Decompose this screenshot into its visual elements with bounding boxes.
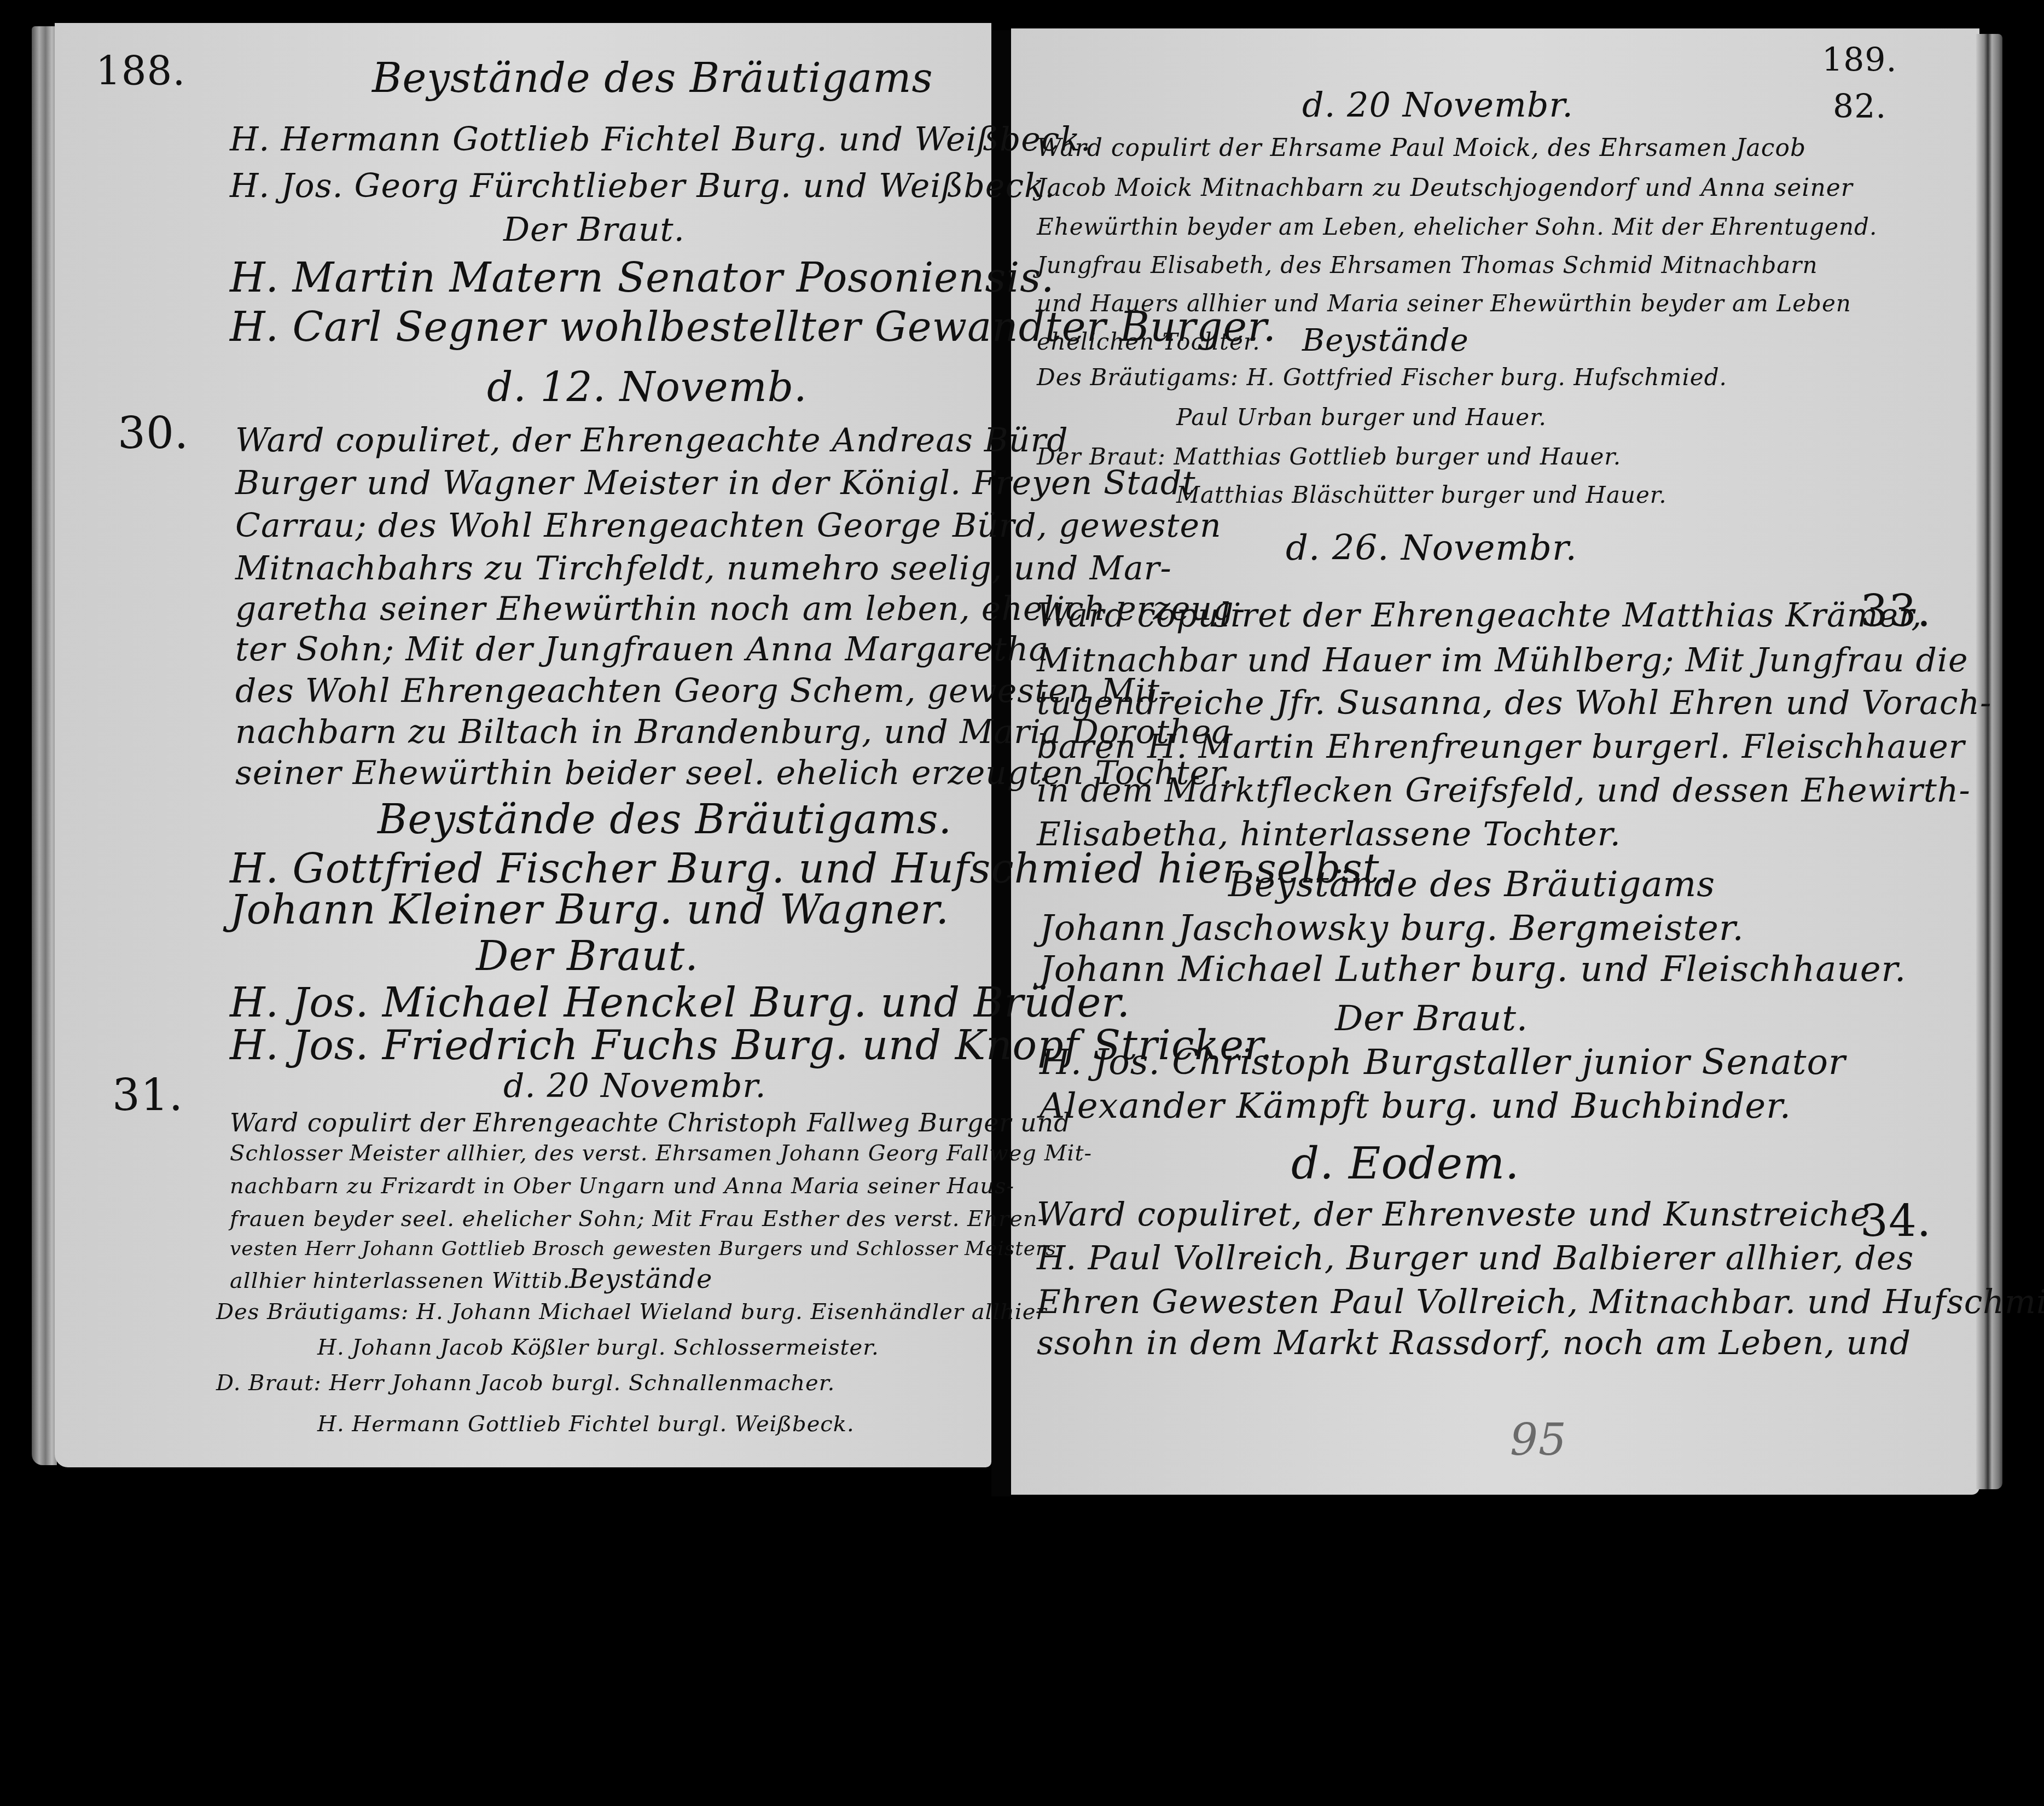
text-line: Mitnachbahrs zu Tirchfeldt, numehro seel… [235, 549, 1172, 588]
text-line: ter Sohn; Mit der Jungfrauen Anna Margar… [235, 630, 1049, 669]
text-line: H. Hermann Gottlieb Fichtel burgl. Weißb… [317, 1412, 855, 1437]
date-heading: d. 12. Novemb. [487, 364, 808, 411]
date-heading: d. 20 Novembr. [503, 1067, 766, 1105]
heading: Beystände [569, 1264, 712, 1294]
text-line: vesten Herr Johann Gottlieb Brosch gewes… [230, 1238, 1056, 1260]
text-line: allhier hinterlassenen Wittib. [230, 1268, 570, 1293]
text-line: Jacob Moick Mitnachbarn zu Deutschjogend… [1037, 174, 1853, 202]
text-line: H. Jos. Georg Fürchtlieber Burg. und Wei… [230, 167, 1055, 205]
heading: Der Braut. [503, 211, 685, 249]
heading: Beystände des Bräutigams [1228, 864, 1715, 905]
text-line: tugendreiche Jfr. Susanna, des Wohl Ehre… [1037, 684, 1991, 722]
heading: Der Braut. [1335, 998, 1528, 1039]
text-line: H. Jos. Christoph Burgstaller junior Sen… [1040, 1042, 1846, 1083]
page-number-right: 189. [1822, 41, 1897, 79]
text-line: Elisabetha, hinterlassene Tochter. [1037, 815, 1621, 853]
text-line: Mitnachbar und Hauer im Mühlberg; Mit Ju… [1037, 641, 1968, 680]
text-line: Matthias Bläschütter burger und Hauer. [1176, 481, 1667, 508]
heading: Beystände des Bräutigams. [378, 796, 952, 843]
pencil-page-mark: 95 [1510, 1414, 1567, 1465]
date-heading: d. 26. Novembr. [1286, 528, 1577, 568]
text-line: Johann Michael Luther burg. und Fleischh… [1040, 949, 1906, 990]
text-line: und Hauers allhier und Maria seiner Ehew… [1037, 290, 1851, 317]
right-page-edge-stack [1976, 34, 2002, 1489]
heading: Beystände [1302, 323, 1469, 358]
left-page-edge-stack [32, 26, 57, 1465]
page-number-left: 188. [96, 48, 185, 94]
text-line: H. Paul Vollreich, Burger und Balbierer … [1037, 1239, 1914, 1277]
text-line: Alexander Kämpft burg. und Buchbinder. [1040, 1086, 1791, 1126]
text-line: Johann Jaschowsky burg. Bergmeister. [1040, 908, 1744, 949]
text-line: ssohn in dem Markt Rassdorf, noch am Leb… [1037, 1324, 1911, 1362]
text-line: H. Jos. Michael Henckel Burg. und Brüder… [230, 979, 1130, 1026]
entry-number: 30. [118, 408, 189, 458]
folio-number: 82. [1833, 88, 1886, 126]
text-line: Paul Urban burger und Hauer. [1176, 404, 1547, 431]
text-line: des Wohl Ehrengeachten Georg Schem, gewe… [235, 672, 1171, 710]
text-line: Johann Kleiner Burg. und Wagner. [230, 886, 949, 933]
heading: Der Braut. [476, 933, 699, 980]
text-line: Ward copuliret der Ehrengeachte Matthias… [1037, 596, 1922, 635]
text-line: Ward copuliret, der Ehrengeachte Andreas… [235, 421, 1069, 460]
text-line: Der Braut: Matthias Gottlieb burger und … [1037, 443, 1621, 470]
text-line: Ward copulirt der Ehrsame Paul Moick, de… [1037, 134, 1806, 162]
text-line: ehelichen Tochter. [1037, 328, 1261, 355]
text-line: H. Martin Matern Senator Posoniensis. [230, 254, 1055, 301]
text-line: Carrau; des Wohl Ehrengeachten George Bü… [235, 507, 1222, 545]
date-heading: d. Eodem. [1291, 1138, 1519, 1189]
text-line: D. Braut: Herr Johann Jacob burgl. Schna… [216, 1371, 835, 1396]
text-line: in dem Marktflecken Greifsfeld, und dess… [1037, 771, 1971, 810]
text-line: Des Bräutigams: H. Gottfried Fischer bur… [1037, 364, 1727, 391]
text-line: Ward copulirt der Ehrengeachte Christoph… [230, 1108, 1071, 1137]
text-line: Jungfrau Elisabeth, des Ehrsamen Thomas … [1037, 252, 1817, 278]
text-line: H. Hermann Gottlieb Fichtel Burg. und We… [230, 120, 1091, 159]
text-line: frauen beyder seel. ehelicher Sohn; Mit … [230, 1206, 1046, 1232]
heading: Beystände des Bräutigams [372, 55, 933, 102]
text-line: Ehren Gewesten Paul Vollreich, Mitnachba… [1037, 1283, 2044, 1321]
text-line: Ward copuliret, der Ehrenveste und Kunst… [1037, 1195, 1870, 1234]
text-line: Ehewürthin beyder am Leben, ehelicher So… [1037, 213, 1877, 240]
entry-number: 31. [112, 1070, 183, 1120]
text-line: Des Bräutigams: H. Johann Michael Wielan… [216, 1299, 1047, 1325]
date-heading: d. 20 Novembr. [1302, 85, 1573, 125]
text-line: nachbarn zu Frizardt in Ober Ungarn und … [230, 1174, 1014, 1199]
text-line: baren H. Martin Ehrenfreunger burgerl. F… [1037, 728, 1965, 766]
text-line: H. Johann Jacob Kößler burgl. Schlosserm… [317, 1335, 879, 1360]
text-line: Schlosser Meister allhier, des verst. Eh… [230, 1141, 1092, 1166]
